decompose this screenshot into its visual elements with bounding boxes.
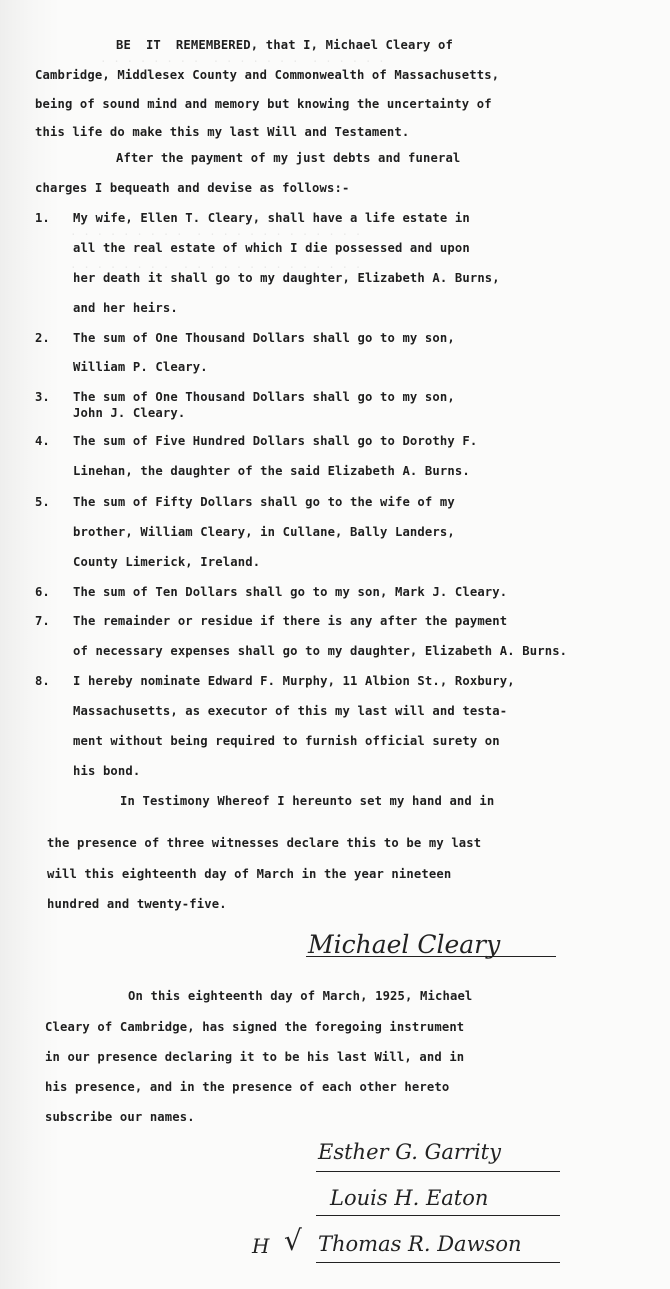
- signature-underline: [316, 1215, 560, 1216]
- testimony-line: hundred and twenty-five.: [47, 896, 227, 912]
- attestation-line: his presence, and in the presence of eac…: [45, 1079, 449, 1095]
- item-line: The sum of One Thousand Dollars shall go…: [73, 389, 455, 405]
- item-line: County Limerick, Ireland.: [73, 554, 260, 570]
- item-line: his bond.: [73, 763, 140, 779]
- testimony-line: the presence of three witnesses declare …: [47, 835, 481, 851]
- witness-signature-3: Thomas R. Dawson: [318, 1232, 522, 1256]
- item-line: Massachusetts, as executor of this my la…: [73, 703, 507, 719]
- item-line: all the real estate of which I die posse…: [73, 240, 470, 256]
- witness-signature-2: Louis H. Eaton: [330, 1186, 488, 1210]
- item-line: The sum of Fifty Dollars shall go to the…: [73, 494, 455, 510]
- testator-signature: Michael Cleary: [308, 930, 500, 959]
- item-line: I hereby nominate Edward F. Murphy, 11 A…: [73, 673, 515, 689]
- item-line: The remainder or residue if there is any…: [73, 613, 507, 629]
- item-number: 3.: [35, 389, 50, 405]
- item-line: The sum of Ten Dollars shall go to my so…: [73, 584, 507, 600]
- item-number: 7.: [35, 613, 50, 629]
- attestation-line: in our presence declaring it to be his l…: [45, 1049, 464, 1065]
- item-number: 1.: [35, 210, 50, 226]
- preamble-line: being of sound mind and memory but knowi…: [35, 96, 492, 112]
- item-number: 8.: [35, 673, 50, 689]
- bleed-through-text: . . . . . . . . . . . . . . . . . . . . …: [100, 52, 385, 66]
- item-line: of necessary expenses shall go to my dau…: [73, 643, 567, 659]
- testimony-line: In Testimony Whereof I hereunto set my h…: [120, 793, 494, 809]
- item-number: 6.: [35, 584, 50, 600]
- item-line: William P. Cleary.: [73, 359, 208, 375]
- signature-underline: [316, 1262, 560, 1263]
- item-number: 5.: [35, 494, 50, 510]
- attestation-line: On this eighteenth day of March, 1925, M…: [128, 988, 472, 1004]
- item-number: 2.: [35, 330, 50, 346]
- item-line: The sum of Five Hundred Dollars shall go…: [73, 433, 477, 449]
- attestation-line: subscribe our names.: [45, 1109, 195, 1125]
- bleed-through-text: . . . . . . . . . . . . . . . . . . . . …: [70, 225, 361, 239]
- document-page: . . . . . . . . . . . . . . . . . . . . …: [0, 0, 670, 1289]
- item-line: John J. Cleary.: [73, 405, 185, 421]
- testimony-line: will this eighteenth day of March in the…: [47, 866, 451, 882]
- attestation-line: Cleary of Cambridge, has signed the fore…: [45, 1019, 464, 1035]
- item-line: My wife, Ellen T. Cleary, shall have a l…: [73, 210, 470, 226]
- preamble-line: this life do make this my last Will and …: [35, 124, 409, 140]
- item-number: 4.: [35, 433, 50, 449]
- margin-initial-mark: H: [252, 1234, 269, 1258]
- item-line: ment without being required to furnish o…: [73, 733, 500, 749]
- item-line: The sum of One Thousand Dollars shall go…: [73, 330, 455, 346]
- check-mark-icon: √: [284, 1224, 302, 1257]
- intro-line: After the payment of my just debts and f…: [116, 150, 460, 166]
- signature-underline: [306, 956, 556, 957]
- intro-line: charges I bequeath and devise as follows…: [35, 180, 349, 196]
- preamble-line: BE IT REMEMBERED, that I, Michael Cleary…: [116, 37, 453, 53]
- preamble-line: Cambridge, Middlesex County and Commonwe…: [35, 67, 499, 83]
- item-line: and her heirs.: [73, 300, 178, 316]
- witness-signature-1: Esther G. Garrity: [318, 1140, 501, 1164]
- item-line: her death it shall go to my daughter, El…: [73, 270, 500, 286]
- item-line: brother, William Cleary, in Cullane, Bal…: [73, 524, 455, 540]
- signature-underline: [316, 1171, 560, 1172]
- item-line: Linehan, the daughter of the said Elizab…: [73, 463, 470, 479]
